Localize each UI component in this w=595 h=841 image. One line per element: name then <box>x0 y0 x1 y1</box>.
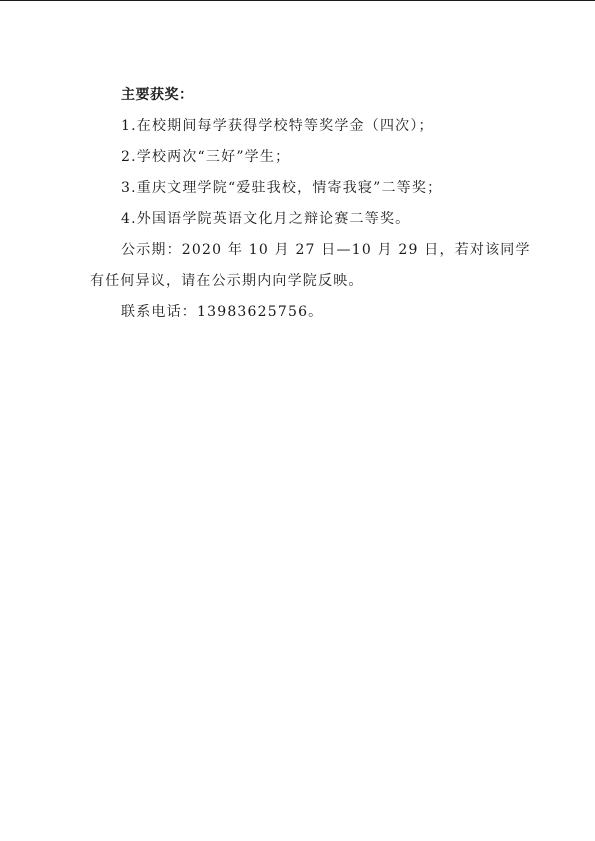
notice-period-line1: 公示期：2020 年 10 月 27 日—10 月 29 日，若对该同学 <box>121 241 531 259</box>
award-item-3: 3.重庆文理学院“爱驻我校，情寄我寝”二等奖； <box>121 179 442 197</box>
page-top-border <box>0 0 595 1</box>
awards-heading: 主要获奖： <box>121 86 194 104</box>
award-item-2: 2.学校两次“三好”学生； <box>121 148 290 166</box>
notice-period-line2: 有任何异议，请在公示期内向学院反映。 <box>90 272 364 290</box>
award-item-4: 4.外国语学院英语文化月之辩论赛二等奖。 <box>121 210 410 228</box>
contact-phone: 联系电话：13983625756。 <box>121 303 323 321</box>
award-item-1: 1.在校期间每学获得学校特等奖学金（四次）； <box>121 117 434 135</box>
